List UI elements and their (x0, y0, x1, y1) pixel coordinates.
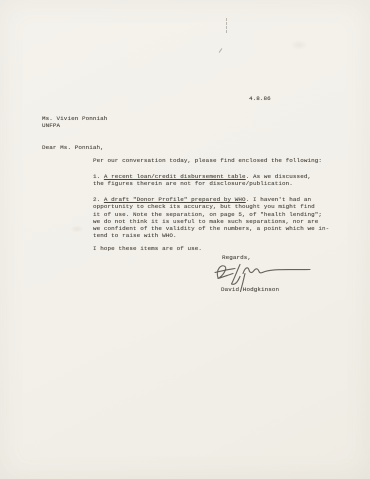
item-2-underlined-title: A draft "Donor Profile" prepared by WHO (104, 196, 246, 203)
enclosure-item-2: 2. A draft "Donor Profile" prepared by W… (93, 196, 338, 239)
recipient-block: Ms. Vivien Ponniah UNFPA (42, 115, 107, 129)
scan-smudge (290, 40, 308, 50)
item-1-number: 1. (93, 173, 104, 180)
scan-artifact-mark (219, 48, 223, 53)
intro-paragraph: Per our conversation today, please find … (93, 157, 338, 164)
signer-name: David Hodgkinson (221, 286, 279, 293)
letter-body: Per our conversation today, please find … (93, 157, 338, 262)
scan-smudge (70, 225, 84, 233)
recipient-org: UNFPA (42, 122, 107, 129)
scan-artifact-mark (226, 18, 227, 33)
signoff: Regards, (222, 254, 251, 261)
enclosure-item-1: 1. A recent loan/credit disbursement tab… (93, 173, 338, 187)
recipient-name: Ms. Vivien Ponniah (42, 115, 107, 122)
letter-date: 4.8.86 (249, 95, 271, 102)
item-2-text: . I haven't had an opportunity to check … (93, 196, 329, 239)
salutation: Dear Ms. Ponniah, (42, 144, 104, 151)
item-1-underlined-title: A recent loan/credit disbursement table (104, 173, 246, 180)
closing-line: I hope these items are of use. (93, 245, 338, 252)
letter-page: 4.8.86 Ms. Vivien Ponniah UNFPA Dear Ms.… (0, 0, 370, 479)
item-2-number: 2. (93, 196, 104, 203)
